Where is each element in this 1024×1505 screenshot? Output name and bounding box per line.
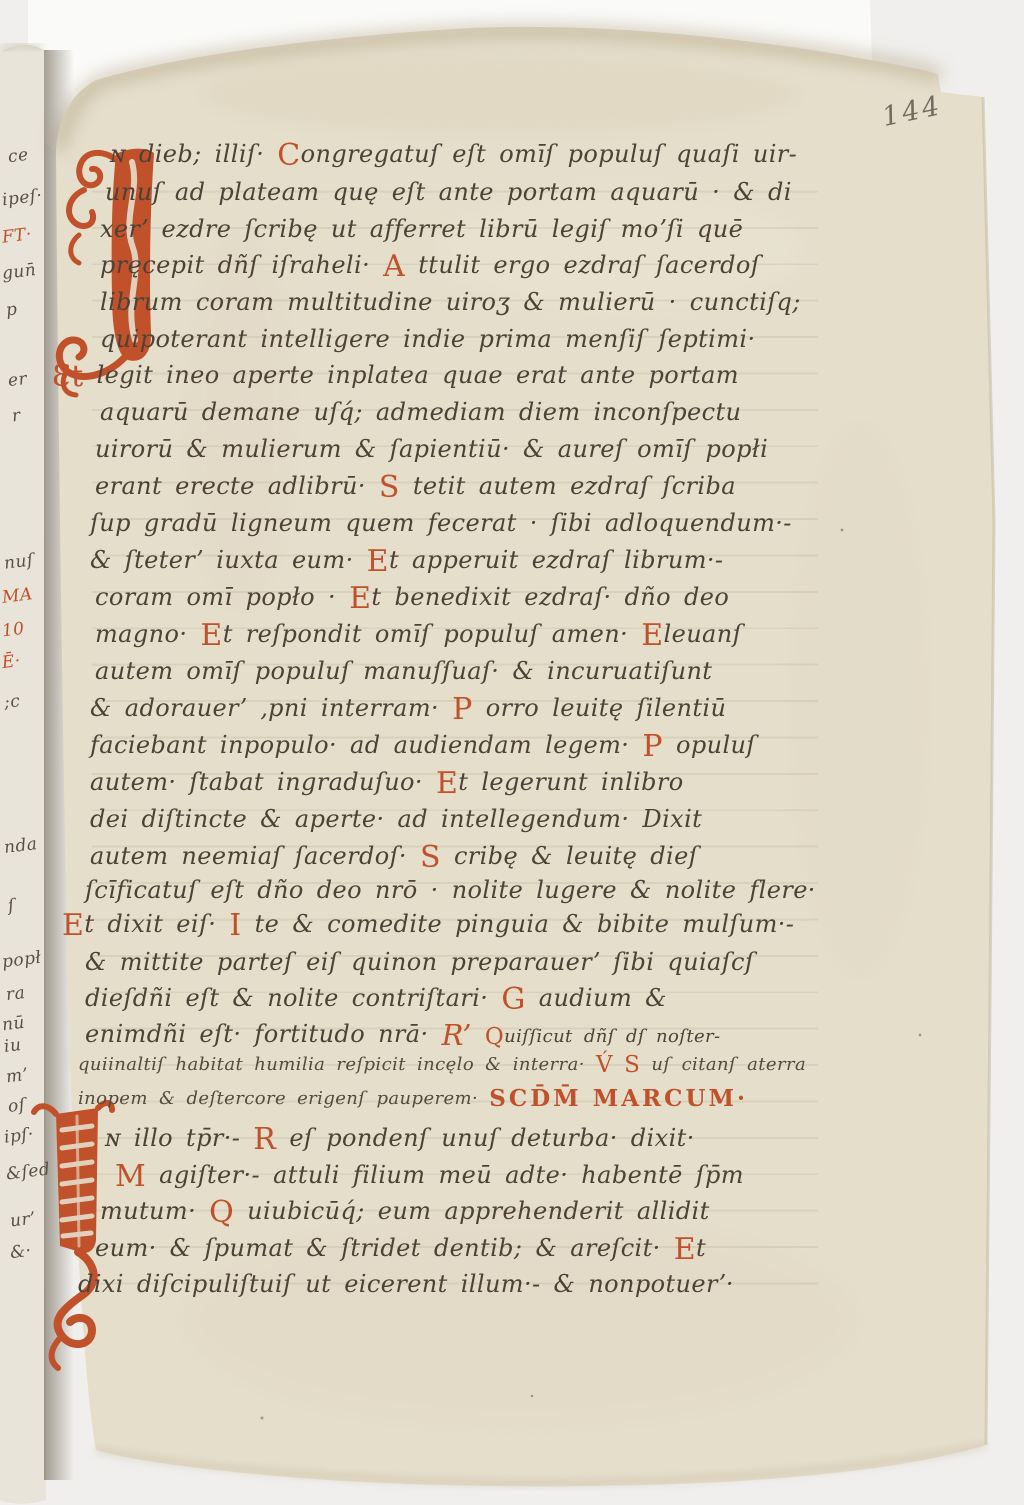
manuscript-line: Et dixit eiſ· I te & comedite pinguia & … — [62, 912, 794, 937]
red-initial: E — [349, 581, 371, 616]
red-initial: S — [379, 470, 400, 505]
manuscript-line: Ɛt legit ineo aperte inplatea quae erat … — [52, 363, 739, 388]
red-initial: S — [624, 1052, 640, 1078]
ink-text: erant erecte adlibrū· — [95, 472, 379, 500]
ink-text: ɴ illo tp̄r·- — [105, 1124, 253, 1152]
ink-text: orro leuitę ſilentiū — [473, 694, 727, 722]
manuscript-line: eum· & ſpumat & ſtridet dentib; & areſci… — [95, 1236, 706, 1261]
manuscript-line: ſcīficatuſ eſt dño deo nrō · nolite luge… — [85, 878, 816, 903]
red-initial: P — [452, 692, 473, 727]
manuscript-line: inopem & deſtercore erigenſ pauperem· SC… — [78, 1090, 748, 1109]
red-initial: Ɛt — [52, 359, 84, 394]
ink-text: & mittite parteſ eiſ quinon preparauerʼ … — [85, 948, 754, 976]
facing-page-text-fragment: nū — [1, 1013, 26, 1036]
ink-text — [472, 1020, 485, 1048]
manuscript-line: aquarū demane uſq́; admediam diem inconſ… — [100, 400, 741, 425]
manuscript-line: autem neemiaſ ſacerdoſ· S cribę & leuitę… — [90, 844, 698, 869]
facing-page-text-fragment: MA — [1, 584, 34, 608]
facing-page-text-fragment: ra — [5, 983, 27, 1005]
red-initial: M — [115, 1159, 146, 1194]
facing-page-text-fragment: iu — [3, 1035, 23, 1057]
ink-text: autem omīſ populuſ manuſſuaſ· & incuruat… — [95, 657, 712, 685]
facing-page-text-fragment: FT· — [1, 224, 33, 248]
ink-text: agiſter·- attuli filium meū adte· habent… — [146, 1161, 744, 1189]
manuscript-line: dixi diſcipuliſtuiſ ut eicerent illum·- … — [78, 1272, 734, 1297]
facing-page-text-fragment: ipſ· — [3, 1124, 35, 1148]
red-initial: E — [62, 908, 84, 943]
ink-text: leuanſ — [664, 620, 742, 648]
ink-text: dei diſtincte & aperte· ad intellegendum… — [90, 805, 702, 833]
red-initial: P — [642, 729, 663, 764]
ink-text: ſup gradū ligneum quem fecerat · ſibi ad… — [90, 509, 792, 537]
red-initial: G — [501, 982, 525, 1017]
manuscript-line: & adorauerʼ ‚pni interram· P orro leuitę… — [90, 696, 726, 721]
ink-text: t legerunt inlibro — [458, 768, 683, 796]
red-initial: E — [674, 1232, 696, 1267]
red-initial: I — [229, 908, 241, 943]
ink-text: t benedixit ezdraſ· dño deo — [371, 583, 729, 611]
ink-text: faciebant inpopulo· ad audiendam legem· — [90, 731, 642, 759]
ink-text: eum· & ſpumat & ſtridet dentib; & areſci… — [95, 1234, 674, 1262]
ink-text — [582, 1088, 593, 1109]
rubric-text: MARCUM· — [593, 1085, 748, 1112]
facing-page-text-fragment: nda — [3, 834, 39, 858]
manuscript-line: unuſ ad plateam quę eſt ante portam aqua… — [105, 180, 792, 205]
ink-text: & adorauerʼ ‚pni interram· — [90, 694, 452, 722]
manuscript-line: autem omīſ populuſ manuſſuaſ· & incuruat… — [95, 659, 712, 684]
red-initial: E — [641, 618, 663, 653]
facing-page-text-fragment: ur’ — [9, 1208, 37, 1231]
ink-text: inopem & deſtercore erigenſ pauperem· — [78, 1088, 489, 1109]
facing-page-text-fragment: p — [5, 299, 19, 320]
ink-text: t — [696, 1234, 706, 1262]
red-initial: E — [200, 618, 222, 653]
text-block: ɴ dieb; illiſ· Congregatuſ eſt omīſ popu… — [0, 0, 1024, 1505]
ink-text: autem neemiaſ ſacerdoſ· — [90, 842, 420, 870]
ink-text: dixi diſcipuliſtuiſ ut eicerent illum·- … — [78, 1270, 734, 1298]
ink-text: coram omī popło · — [95, 583, 349, 611]
ink-text: uiubicūq́; eum apprehenderit allidit — [234, 1197, 710, 1225]
manuscript-line: & mittite parteſ eiſ quinon preparauerʼ … — [85, 950, 754, 975]
ink-text: librum coram multitudine uiroʒ & mulierū… — [100, 288, 801, 316]
manuscript-line: ɴ illo tp̄r·- R eſ pondenſ unuſ deturba·… — [105, 1126, 695, 1151]
manuscript-line: enimdñi eſt· fortitudo nrā· R’ Quiſſicut… — [85, 1022, 721, 1047]
facing-page-text-fragment: ce — [7, 145, 30, 167]
facing-page-text-fragment: nuſ — [3, 550, 35, 573]
red-initial: V́ — [596, 1052, 613, 1078]
red-initial: Q — [209, 1195, 234, 1230]
ink-text: dieſdñi eſt & nolite contriſtari· — [85, 984, 501, 1012]
facing-page-text-fragment: gun̄ — [1, 260, 37, 284]
ink-text: magno· — [95, 620, 200, 648]
red-initial: E — [436, 766, 458, 801]
ink-text: uirorū & mulierum & ſapientiū· & aureſ o… — [95, 435, 768, 463]
ink-text — [613, 1054, 624, 1075]
ink-text: ſcīficatuſ eſt dño deo nrō · nolite luge… — [85, 876, 816, 904]
ink-text: opuluſ — [663, 731, 756, 759]
ink-text: quipoterant intelligere indie prima menſ… — [100, 325, 755, 353]
ink-text: unuſ ad plateam quę eſt ante portam aqua… — [105, 178, 792, 206]
red-initial: R’ — [442, 1018, 472, 1052]
manuscript-line: pręcepit dñſ iſraheli· A ttulit ergo ezd… — [100, 253, 760, 278]
ink-text: t reſpondit omīſ populuſ amen· — [223, 620, 641, 648]
manuscript-line: autem· ſtabat ingraduſuo· Et legerunt in… — [90, 770, 684, 795]
manuscript-line: xerʼ ezdre ſcribę ut afferret librū legi… — [100, 217, 743, 242]
red-initial: C — [277, 138, 300, 173]
ink-text: eſ pondenſ unuſ deturba· dixit· — [276, 1124, 694, 1152]
facing-page-text-fragment: ;c — [3, 691, 22, 713]
rubric-text: SCD̄M̄ — [489, 1085, 581, 1112]
manuscript-line: ɴ dieb; illiſ· Congregatuſ eſt omīſ popu… — [110, 142, 797, 167]
ink-text: pręcepit dñſ iſraheli· — [100, 251, 383, 279]
ink-text: t dixit eiſ· — [84, 910, 229, 938]
ink-text: & ſteterʼ iuxta eum· — [90, 546, 367, 574]
red-initial: A — [383, 249, 405, 284]
manuscript-line: uirorū & mulierum & ſapientiū· & aureſ o… — [95, 437, 768, 462]
ink-text: uſ citanſ aterra — [640, 1054, 806, 1075]
ink-text: aquarū demane uſq́; admediam diem inconſ… — [100, 398, 741, 426]
ink-text: cribę & leuitę dieſ — [441, 842, 698, 870]
manuscript-line: erant erecte adlibrū· S tetit autem ezdr… — [95, 474, 736, 499]
manuscript-line: quipoterant intelligere indie prima menſ… — [100, 327, 755, 352]
manuscript-line: ſup gradū ligneum quem fecerat · ſibi ad… — [90, 511, 792, 536]
ink-text: quiinaltiſ habitat humilia reſpicit incę… — [78, 1054, 596, 1075]
facing-page-text-fragment: oſ — [7, 1095, 27, 1117]
ink-text: te & comedite pinguia & bibite mulſum·- — [242, 910, 795, 938]
manuscript-line: mutum· Q uiubicūq́; eum apprehenderit al… — [100, 1199, 710, 1224]
manuscript-line: & ſteterʼ iuxta eum· Et apperuit ezdraſ … — [90, 548, 723, 573]
ink-text: tetit autem ezdraſ ſcriba — [400, 472, 736, 500]
manuscript-line: dieſdñi eſt & nolite contriſtari· G audi… — [85, 986, 667, 1011]
facing-page-text-fragment: m’ — [5, 1065, 30, 1088]
ink-text: t apperuit ezdraſ librum·- — [389, 546, 723, 574]
facing-page-text-fragment: 10 — [1, 619, 26, 642]
ink-text: xerʼ ezdre ſcribę ut afferret librū legi… — [100, 215, 743, 243]
manuscript-line: quiinaltiſ habitat humilia reſpicit incę… — [78, 1056, 806, 1075]
red-initial: E — [367, 544, 389, 579]
ink-text: autem· ſtabat ingraduſuo· — [90, 768, 436, 796]
facing-page-text-fragment: Ē· — [1, 651, 22, 673]
ink-text: enimdñi eſt· fortitudo nrā· — [85, 1020, 442, 1048]
facing-page-text-fragment: er — [7, 369, 28, 391]
facing-page-text-fragment: &· — [9, 1241, 33, 1263]
manuscript-line: magno· Et reſpondit omīſ populuſ amen· E… — [95, 622, 742, 647]
facing-page-text-fragment: r — [11, 406, 22, 427]
red-initial: S — [420, 840, 441, 875]
red-initial: R — [253, 1122, 276, 1157]
ink-text: legit ineo aperte inplatea quae erat ant… — [84, 361, 739, 389]
manuscript-line: librum coram multitudine uiroʒ & mulierū… — [100, 290, 801, 315]
ink-text: ongregatuſ eſt omīſ populuſ quaſi uir- — [301, 140, 798, 168]
ink-text: ttulit ergo ezdraſ ſacerdoſ — [405, 251, 760, 279]
manuscript-line: M agiſter·- attuli filium meū adte· habe… — [115, 1163, 744, 1188]
ink-text: ɴ dieb; illiſ· — [110, 140, 277, 168]
ink-text: mutum· — [100, 1197, 209, 1225]
manuscript-line: faciebant inpopulo· ad audiendam legem· … — [90, 733, 756, 758]
ink-text: audium & — [526, 984, 667, 1012]
manuscript-photo: 144 ɴ dieb; illiſ· Congregatuſ eſt omīſ … — [0, 0, 1024, 1505]
manuscript-line: dei diſtincte & aperte· ad intellegendum… — [90, 807, 702, 832]
manuscript-line: coram omī popło · Et benedixit ezdraſ· d… — [95, 585, 729, 610]
red-initial: Q — [485, 1024, 504, 1050]
ink-text: uiſſicut dñſ dſ noſter- — [504, 1026, 720, 1047]
